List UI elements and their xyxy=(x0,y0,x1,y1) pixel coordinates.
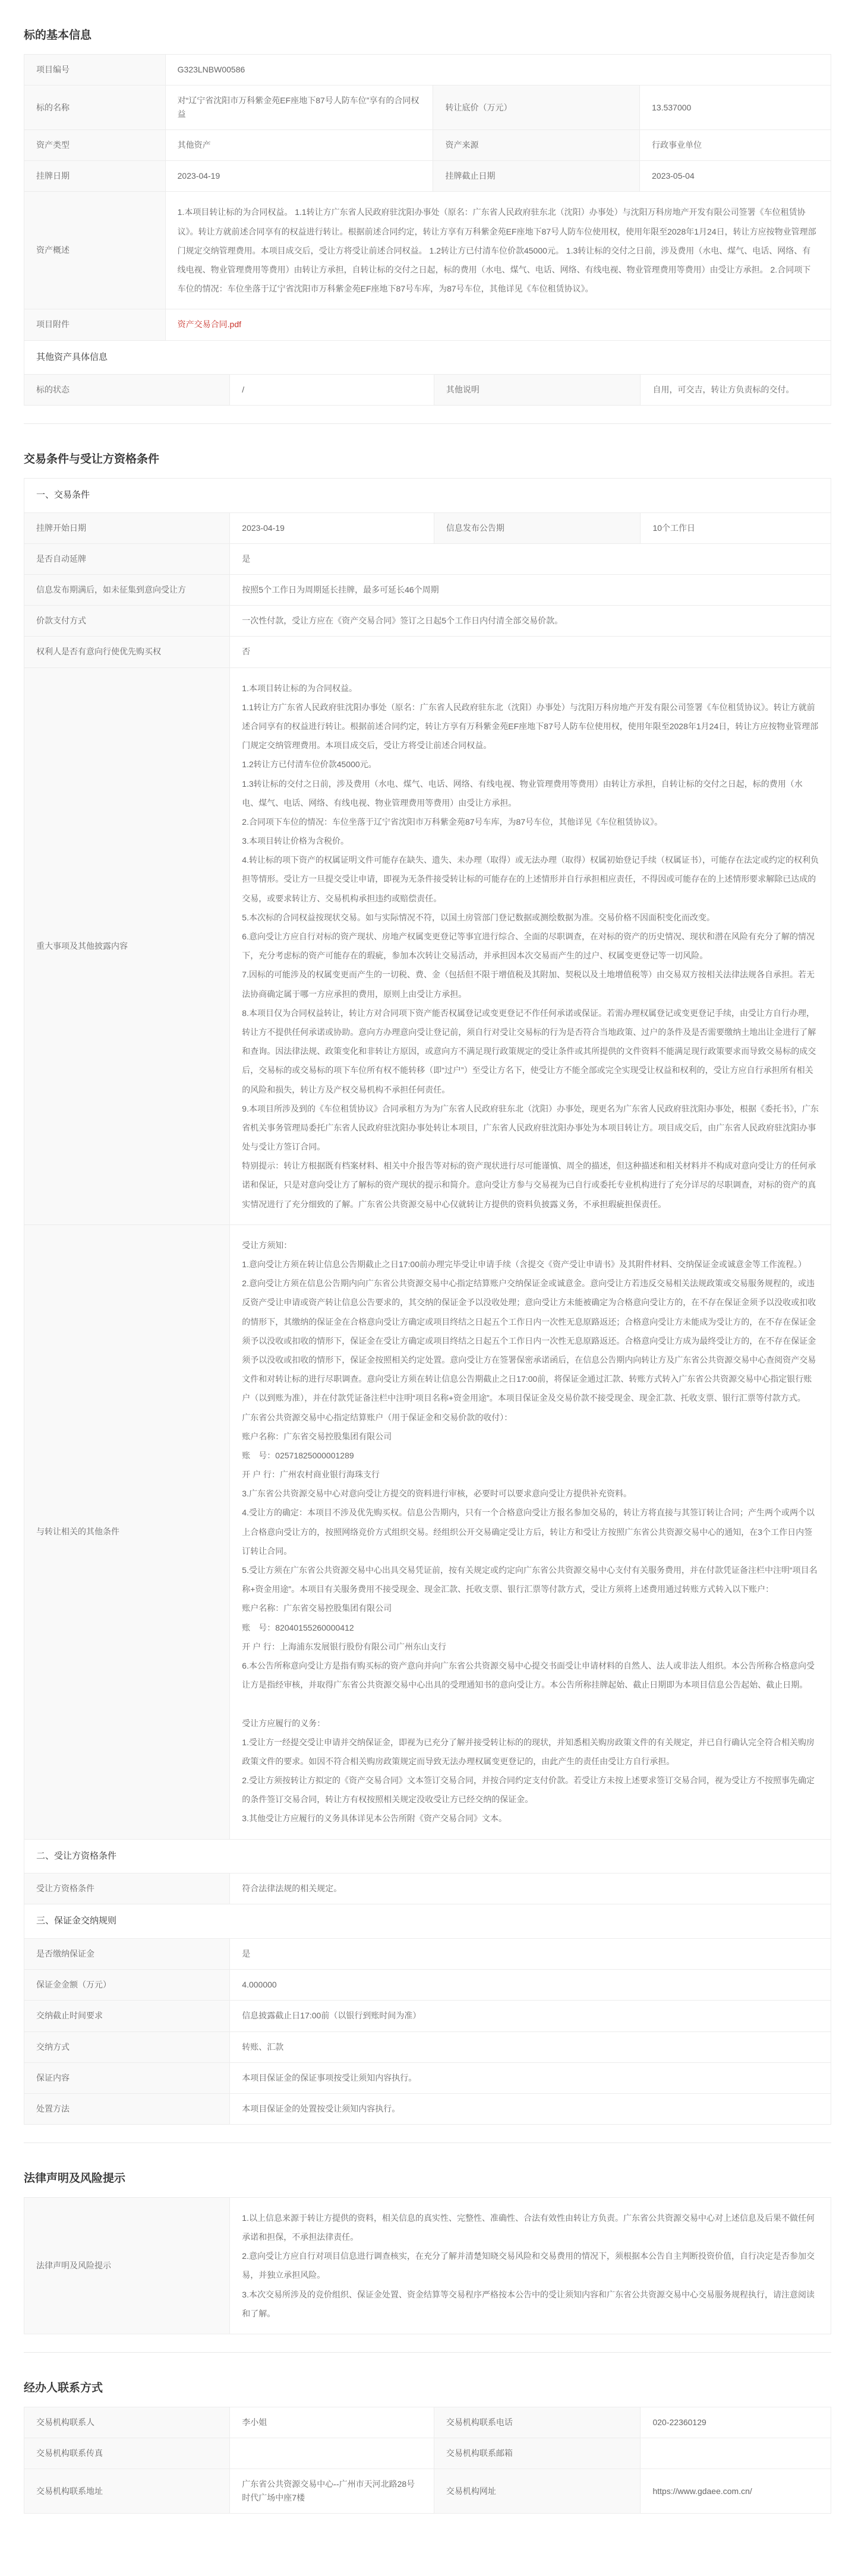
table-row-payment: 价款支付方式 一次性付款，受让方应在《资产交易合同》签订之日起5个工作日内付清全… xyxy=(24,606,831,637)
deposit-required-label: 是否缴纳保证金 xyxy=(24,1939,230,1970)
text-line: 6.本公告所称意向受让方是指有购买标的资产意向并向广东省公共资源交易中心提交书面… xyxy=(242,1656,819,1694)
contact-table: 交易机构联系人 李小姐 交易机构联系电话 020-22360129 交易机构联系… xyxy=(24,2407,831,2514)
asset-source-value: 行政事业单位 xyxy=(640,130,831,161)
deposit-deadline-value: 信息披露截止日17:00前（以银行到账时间为准） xyxy=(230,2001,831,2031)
text-line: 受让方须知： xyxy=(242,1236,819,1255)
table-row-legal: 法律声明及风险提示 1.以上信息来源于转让方提供的资料，相关信息的真实性、完整性… xyxy=(24,2197,831,2334)
listing-date-value: 2023-04-19 xyxy=(165,161,433,192)
section-title-basic-info: 标的基本信息 xyxy=(24,0,831,54)
attachment-value: 资产交易合同.pdf xyxy=(165,309,831,340)
contact-website-value: https://www.gdaee.com.cn/ xyxy=(641,2469,831,2514)
table-row-disposal-method: 处置方法 本项目保证金的处置按受让须知内容执行。 xyxy=(24,2093,831,2124)
qualification-value: 符合法律法规的相关规定。 xyxy=(230,1874,831,1904)
asset-type-value: 其他资产 xyxy=(165,130,433,161)
contact-address-label: 交易机构联系地址 xyxy=(24,2469,230,2514)
conditions-table: 一、交易条件 挂牌开始日期 2023-04-19 信息发布公告期 10个工作日 … xyxy=(24,478,831,2124)
asset-source-label: 资产来源 xyxy=(433,130,640,161)
asset-type-label: 资产类型 xyxy=(24,130,166,161)
qualification-subheader: 二、受让方资格条件 xyxy=(24,1839,831,1874)
table-row-target-name: 标的名称 对“辽宁省沈阳市万科紫金苑EF座地下87号人防车位”享有的合同权益 转… xyxy=(24,86,831,130)
trade-conditions-subheader: 一、交易条件 xyxy=(24,479,831,513)
listing-end-value: 2023-05-04 xyxy=(640,161,831,192)
section-title-legal: 法律声明及风险提示 xyxy=(24,2143,831,2197)
table-row-overview: 资产概述 1.本项目转让标的为合同权益。 1.1转让方广东省人民政府驻沈阳办事处… xyxy=(24,192,831,309)
announce-period-label: 信息发布公告期 xyxy=(434,513,641,544)
listing-date-label: 挂牌日期 xyxy=(24,161,166,192)
project-no-label: 项目编号 xyxy=(24,55,166,86)
table-row-subheader-trade: 一、交易条件 xyxy=(24,479,831,513)
text-line: 1.受让方一经提交受让申请并交纳保证金，即视为已充分了解并接受转让标的的现状，并… xyxy=(242,1733,819,1771)
priority-label: 权利人是否有意向行使优先购买权 xyxy=(24,637,230,667)
legal-value: 1.以上信息来源于转让方提供的资料，相关信息的真实性、完整性、准确性、合法有效性… xyxy=(230,2197,831,2334)
other-note-label: 其他说明 xyxy=(434,375,641,406)
contact-person-value: 李小姐 xyxy=(230,2407,434,2438)
table-row-auto-extend: 是否自动延牌 是 xyxy=(24,544,831,575)
table-row-listing-date: 挂牌日期 2023-04-19 挂牌截止日期 2023-05-04 xyxy=(24,161,831,192)
legal-label: 法律声明及风险提示 xyxy=(24,2197,230,2334)
text-line: 1.2转让方已付清车位价款45000元。 xyxy=(242,755,819,774)
text-line: 账户名称：广东省交易控股集团有限公司 xyxy=(242,1599,819,1618)
floor-price-label: 转让底价（万元） xyxy=(433,86,640,130)
text-line: 2.意向受让方应自行对项目信息进行调查核实，在充分了解并清楚知晓交易风险和交易费… xyxy=(242,2246,819,2284)
text-line: 9.本项目所涉及到的《车位租赁协议》合同承租方为为广东省人民政府驻东北（沈阳）办… xyxy=(242,1099,819,1157)
project-no-value: G323LNBW00586 xyxy=(165,55,831,86)
table-row-contact-address: 交易机构联系地址 广东省公共资源交易中心--广州市天河北路28号时代广场中座7楼… xyxy=(24,2469,831,2514)
table-row-contact-person: 交易机构联系人 李小姐 交易机构联系电话 020-22360129 xyxy=(24,2407,831,2438)
text-line xyxy=(242,1694,819,1713)
text-line: 账户名称：广东省交易控股集团有限公司 xyxy=(242,1427,819,1446)
table-row-deposit-deadline: 交纳截止时间要求 信息披露截止日17:00前（以银行到账时间为准） xyxy=(24,2001,831,2031)
deposit-method-label: 交纳方式 xyxy=(24,2031,230,2062)
deposit-required-value: 是 xyxy=(230,1939,831,1970)
text-line: 3.本项目转让价格为含税价。 xyxy=(242,831,819,850)
attachment-pdf-link[interactable]: 资产交易合同.pdf xyxy=(178,319,241,329)
table-row-project-no: 项目编号 G323LNBW00586 xyxy=(24,55,831,86)
text-line: 受让方应履行的义务： xyxy=(242,1714,819,1733)
guarantee-content-label: 保证内容 xyxy=(24,2062,230,2093)
overview-label: 资产概述 xyxy=(24,192,166,309)
contact-website-label: 交易机构网址 xyxy=(434,2469,641,2514)
payment-value: 一次性付款，受让方应在《资产交易合同》签订之日起5个工作日内付清全部交易价款。 xyxy=(230,606,831,637)
table-row-deposit-method: 交纳方式 转账、汇款 xyxy=(24,2031,831,2062)
auto-extend-label: 是否自动延牌 xyxy=(24,544,230,575)
listing-start-label: 挂牌开始日期 xyxy=(24,513,230,544)
text-line: 特别提示：转让方根据既有档案材料、相关中介报告等对标的资产现状进行尽可能谨慎、周… xyxy=(242,1156,819,1214)
major-disclosure-label: 重大事项及其他披露内容 xyxy=(24,667,230,1224)
qualification-label: 受让方资格条件 xyxy=(24,1874,230,1904)
no-transferee-value: 按照5个工作日为周期延长挂牌，最多可延长46个周期 xyxy=(230,575,831,606)
text-line: 3.本次交易所涉及的竞价组织、保证金处置、资金结算等交易程序严格按本公告中的受让… xyxy=(242,2285,819,2323)
table-row-subheader-deposit: 三、保证金交纳规则 xyxy=(24,1904,831,1939)
contact-email-value xyxy=(641,2438,831,2469)
table-row-attachment: 项目附件 资产交易合同.pdf xyxy=(24,309,831,340)
target-name-label: 标的名称 xyxy=(24,86,166,130)
other-transfer-conditions-label: 与转让相关的其他条件 xyxy=(24,1224,230,1839)
attachment-label: 项目附件 xyxy=(24,309,166,340)
auto-extend-value: 是 xyxy=(230,544,831,575)
text-line: 2.合同项下车位的情况：车位坐落于辽宁省沈阳市万科紫金苑87号车库，为87号车位… xyxy=(242,812,819,831)
text-line: 4.转让标的项下资产的权属证明文件可能存在缺失、遗失、未办理（取得）或无法办理（… xyxy=(242,850,819,908)
text-line: 5.受让方须在广东省公共资源交易中心出具交易凭证前，按有关规定或约定向广东省公共… xyxy=(242,1561,819,1599)
text-line: 账 号：82040155260000412 xyxy=(242,1618,819,1637)
table-row-subheader-qualification: 二、受让方资格条件 xyxy=(24,1839,831,1874)
announce-period-value: 10个工作日 xyxy=(641,513,831,544)
other-asset-info-table: 其他资产具体信息 标的状态 / 其他说明 自用，可交吉，转让方负责标的交付。 xyxy=(24,340,831,406)
contact-person-label: 交易机构联系人 xyxy=(24,2407,230,2438)
text-line: 开 户 行：广州农村商业银行海珠支行 xyxy=(242,1465,819,1484)
no-transferee-label: 信息发布期满后，如未征集到意向受让方 xyxy=(24,575,230,606)
text-line: 1.以上信息来源于转让方提供的资料，相关信息的真实性、完整性、准确性、合法有效性… xyxy=(242,2208,819,2246)
text-line: 账 号：02571825000001289 xyxy=(242,1446,819,1465)
contact-phone-value: 020-22360129 xyxy=(641,2407,831,2438)
text-line: 4.受让方的确定：本项目不涉及优先购买权。信息公告期内，只有一个合格意向受让方报… xyxy=(242,1503,819,1561)
overview-value: 1.本项目转让标的为合同权益。 1.1转让方广东省人民政府驻沈阳办事处（原名：广… xyxy=(165,192,831,309)
text-line: 6.意向受让方应自行对标的资产现状、房地产权属变更登记等事宜进行综合、全面的尽职… xyxy=(242,927,819,965)
deposit-amount-label: 保证金金额（万元） xyxy=(24,1970,230,2001)
basic-info-table: 项目编号 G323LNBW00586 标的名称 对“辽宁省沈阳市万科紫金苑EF座… xyxy=(24,54,831,341)
target-name-value: 对“辽宁省沈阳市万科紫金苑EF座地下87号人防车位”享有的合同权益 xyxy=(165,86,433,130)
priority-value: 否 xyxy=(230,637,831,667)
legal-table: 法律声明及风险提示 1.以上信息来源于转让方提供的资料，相关信息的真实性、完整性… xyxy=(24,2197,831,2334)
other-info-subheader: 其他资产具体信息 xyxy=(24,340,831,375)
table-row-priority: 权利人是否有意向行使优先购买权 否 xyxy=(24,637,831,667)
text-line: 3.其他受让方应履行的义务具体详见本公告所附《资产交易合同》文本。 xyxy=(242,1809,819,1828)
table-row-asset-type: 资产类型 其他资产 资产来源 行政事业单位 xyxy=(24,130,831,161)
other-note-value: 自用，可交吉，转让方负责标的交付。 xyxy=(641,375,831,406)
floor-price-value: 13.537000 xyxy=(640,86,831,130)
listing-end-label: 挂牌截止日期 xyxy=(433,161,640,192)
payment-label: 价款支付方式 xyxy=(24,606,230,637)
major-disclosure-value: 1.本项目转让标的为合同权益。1.1转让方广东省人民政府驻沈阳办事处（原名：广东… xyxy=(230,667,831,1224)
text-line: 1.意向受让方须在转让信息公告期截止之日17:00前办理完毕受让申请手续（含提交… xyxy=(242,1255,819,1274)
text-line: 1.本项目转让标的为合同权益。 xyxy=(242,679,819,698)
table-row-contact-fax: 交易机构联系传真 交易机构联系邮箱 xyxy=(24,2438,831,2469)
text-line: 5.本次标的合同权益按现状交易。如与实际情况不符，以国土房管部门登记数据或测绘数… xyxy=(242,908,819,927)
section-title-contact: 经办人联系方式 xyxy=(24,2353,831,2407)
table-row-other-transfer-conditions: 与转让相关的其他条件 受让方须知：1.意向受让方须在转让信息公告期截止之日17:… xyxy=(24,1224,831,1839)
guarantee-content-value: 本项目保证金的保证事项按受让须知内容执行。 xyxy=(230,2062,831,2093)
table-row-subheader-other-info: 其他资产具体信息 xyxy=(24,340,831,375)
disposal-method-value: 本项目保证金的处置按受让须知内容执行。 xyxy=(230,2093,831,2124)
table-row-deposit-required: 是否缴纳保证金 是 xyxy=(24,1939,831,1970)
table-row-major-disclosure: 重大事项及其他披露内容 1.本项目转让标的为合同权益。1.1转让方广东省人民政府… xyxy=(24,667,831,1224)
page-content: 标的基本信息 项目编号 G323LNBW00586 标的名称 对“辽宁省沈阳市万… xyxy=(0,0,855,2531)
listing-start-value: 2023-04-19 xyxy=(230,513,434,544)
text-line: 广东省公共资源交易中心指定结算账户（用于保证金和交易价款的收付）： xyxy=(242,1408,819,1427)
deposit-amount-value: 4.000000 xyxy=(230,1970,831,2001)
disposal-method-label: 处置方法 xyxy=(24,2093,230,2124)
status-label: 标的状态 xyxy=(24,375,230,406)
text-line: 2.受让方须按转让方拟定的《资产交易合同》文本签订交易合同，并按合同约定支付价款… xyxy=(242,1771,819,1809)
asset-listing-page: 标的基本信息 项目编号 G323LNBW00586 标的名称 对“辽宁省沈阳市万… xyxy=(0,0,855,2531)
text-line: 2.意向受让方须在信息公告期内向广东省公共资源交易中心指定结算账户交纳保证金或诚… xyxy=(242,1274,819,1407)
deposit-method-value: 转账、汇款 xyxy=(230,2031,831,2062)
other-transfer-conditions-value: 受让方须知：1.意向受让方须在转让信息公告期截止之日17:00前办理完毕受让申请… xyxy=(230,1224,831,1839)
table-row-status: 标的状态 / 其他说明 自用，可交吉，转让方负责标的交付。 xyxy=(24,375,831,406)
text-line: 1.1转让方广东省人民政府驻沈阳办事处（原名：广东省人民政府驻东北（沈阳）办事处… xyxy=(242,698,819,755)
contact-fax-label: 交易机构联系传真 xyxy=(24,2438,230,2469)
table-row-deposit-amount: 保证金金额（万元） 4.000000 xyxy=(24,1970,831,2001)
table-row-qualification: 受让方资格条件 符合法律法规的相关规定。 xyxy=(24,1874,831,1904)
table-row-listing-start: 挂牌开始日期 2023-04-19 信息发布公告期 10个工作日 xyxy=(24,513,831,544)
contact-fax-value xyxy=(230,2438,434,2469)
overview-text: 1.本项目转让标的为合同权益。 1.1转让方广东省人民政府驻沈阳办事处（原名：广… xyxy=(178,202,819,298)
text-line: 3.广东省公共资源交易中心对意向受让方提交的资料进行审核，必要时可以要求意向受让… xyxy=(242,1484,819,1503)
section-title-conditions: 交易条件与受让方资格条件 xyxy=(24,424,831,478)
text-line: 8.本项目仅为合同权益转让，转让方对合同项下资产能否权属登记或变更登记不作任何承… xyxy=(242,1004,819,1099)
text-line: 1.3转让标的交付之日前，涉及费用（水电、煤气、电话、网络、有线电视、物业管理费… xyxy=(242,774,819,812)
contact-address-value: 广东省公共资源交易中心--广州市天河北路28号时代广场中座7楼 xyxy=(230,2469,434,2514)
text-line: 开 户 行：上海浦东发展银行股份有限公司广州东山支行 xyxy=(242,1637,819,1656)
contact-phone-label: 交易机构联系电话 xyxy=(434,2407,641,2438)
status-value: / xyxy=(230,375,434,406)
table-row-guarantee-content: 保证内容 本项目保证金的保证事项按受让须知内容执行。 xyxy=(24,2062,831,2093)
text-line: 7.因标的可能涉及的权属变更而产生的一切税、费、金（包括但不限于增值税及其附加、… xyxy=(242,965,819,1003)
deposit-rules-subheader: 三、保证金交纳规则 xyxy=(24,1904,831,1939)
table-row-no-transferee: 信息发布期满后，如未征集到意向受让方 按照5个工作日为周期延长挂牌，最多可延长4… xyxy=(24,575,831,606)
deposit-deadline-label: 交纳截止时间要求 xyxy=(24,2001,230,2031)
contact-email-label: 交易机构联系邮箱 xyxy=(434,2438,641,2469)
